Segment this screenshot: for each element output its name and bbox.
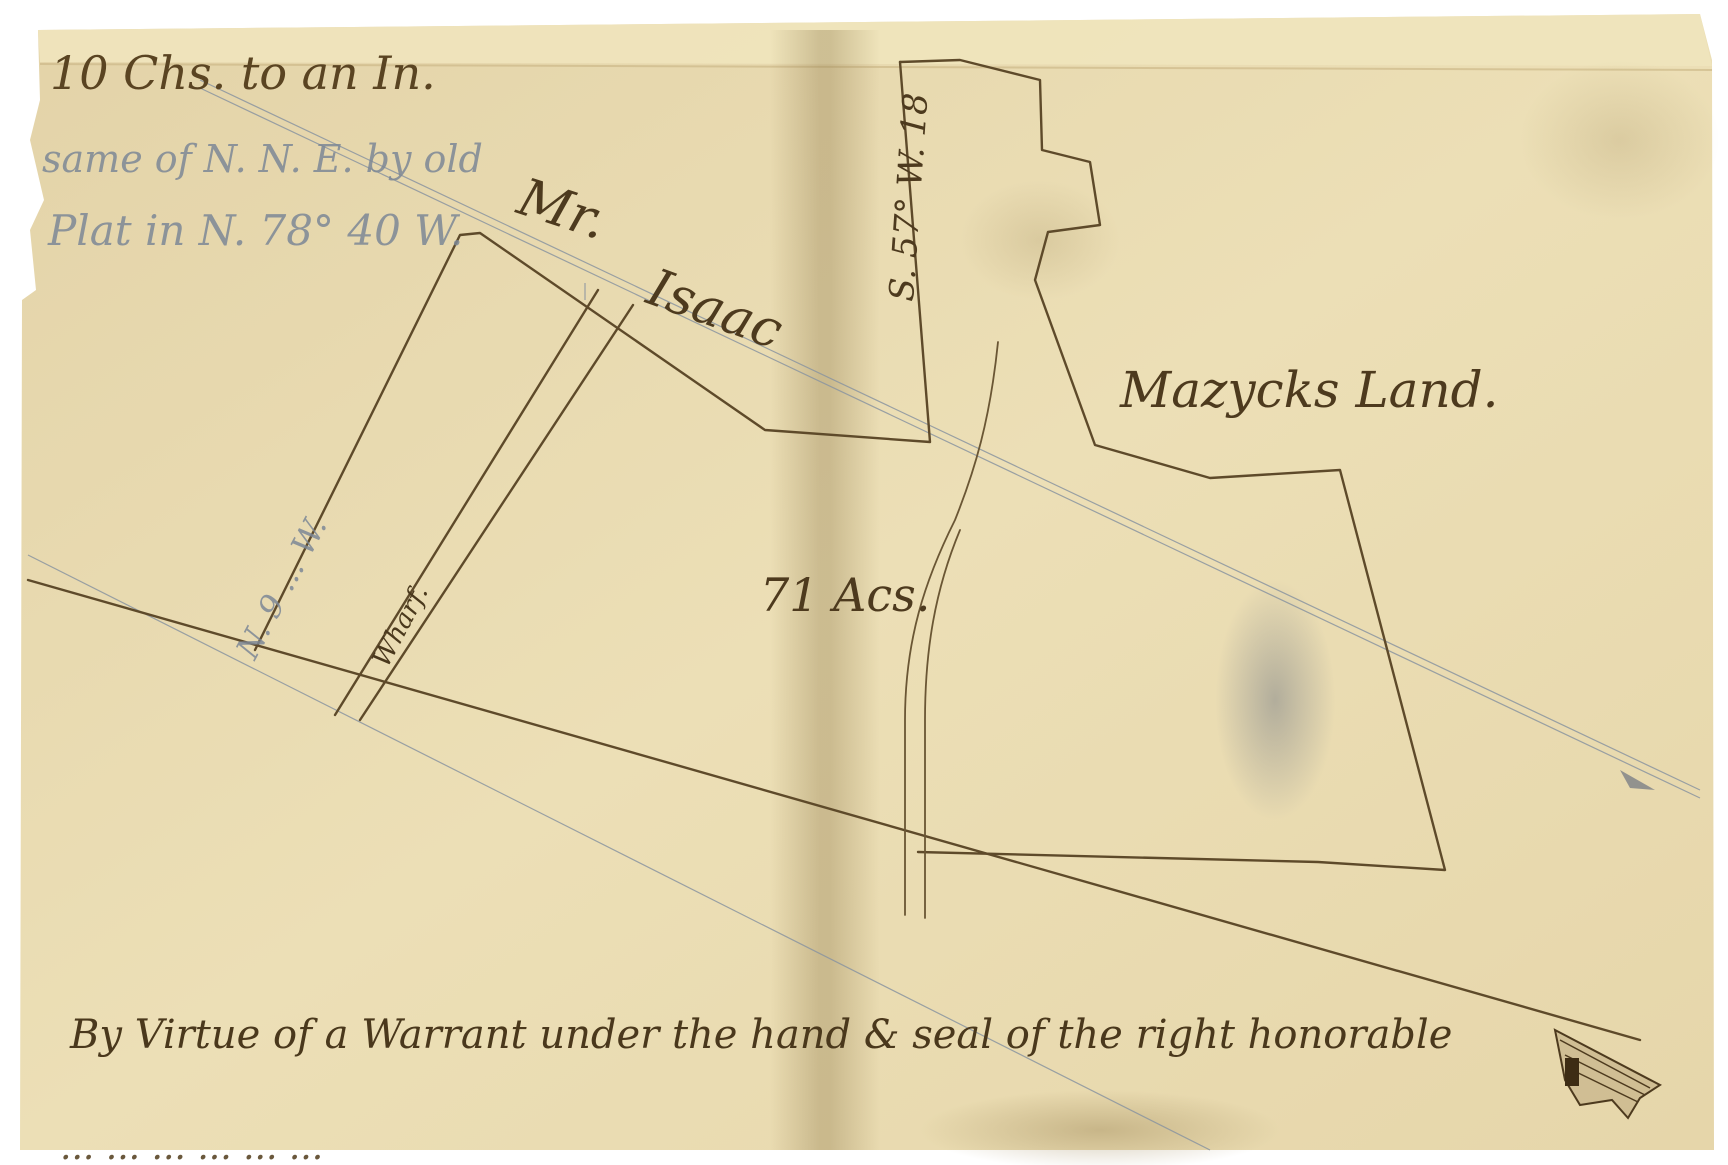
acreage-label: 71 Acs. bbox=[760, 572, 930, 618]
deed-text-line2: ... ... ... ... ... ... bbox=[60, 1130, 323, 1165]
deed-text-line1: By Virtue of a Warrant under the hand & … bbox=[70, 1015, 1452, 1055]
adjoining-land-label: Mazycks Land. bbox=[1120, 365, 1499, 415]
plat-document: 10 Chs. to an In. same of N. N. E. by ol… bbox=[0, 0, 1728, 1165]
scale-title: 10 Chs. to an In. bbox=[50, 50, 436, 96]
pencil-note-line1: same of N. N. E. by old bbox=[42, 140, 483, 178]
pencil-note-line2: Plat in N. 78° 40 W. bbox=[48, 210, 463, 252]
